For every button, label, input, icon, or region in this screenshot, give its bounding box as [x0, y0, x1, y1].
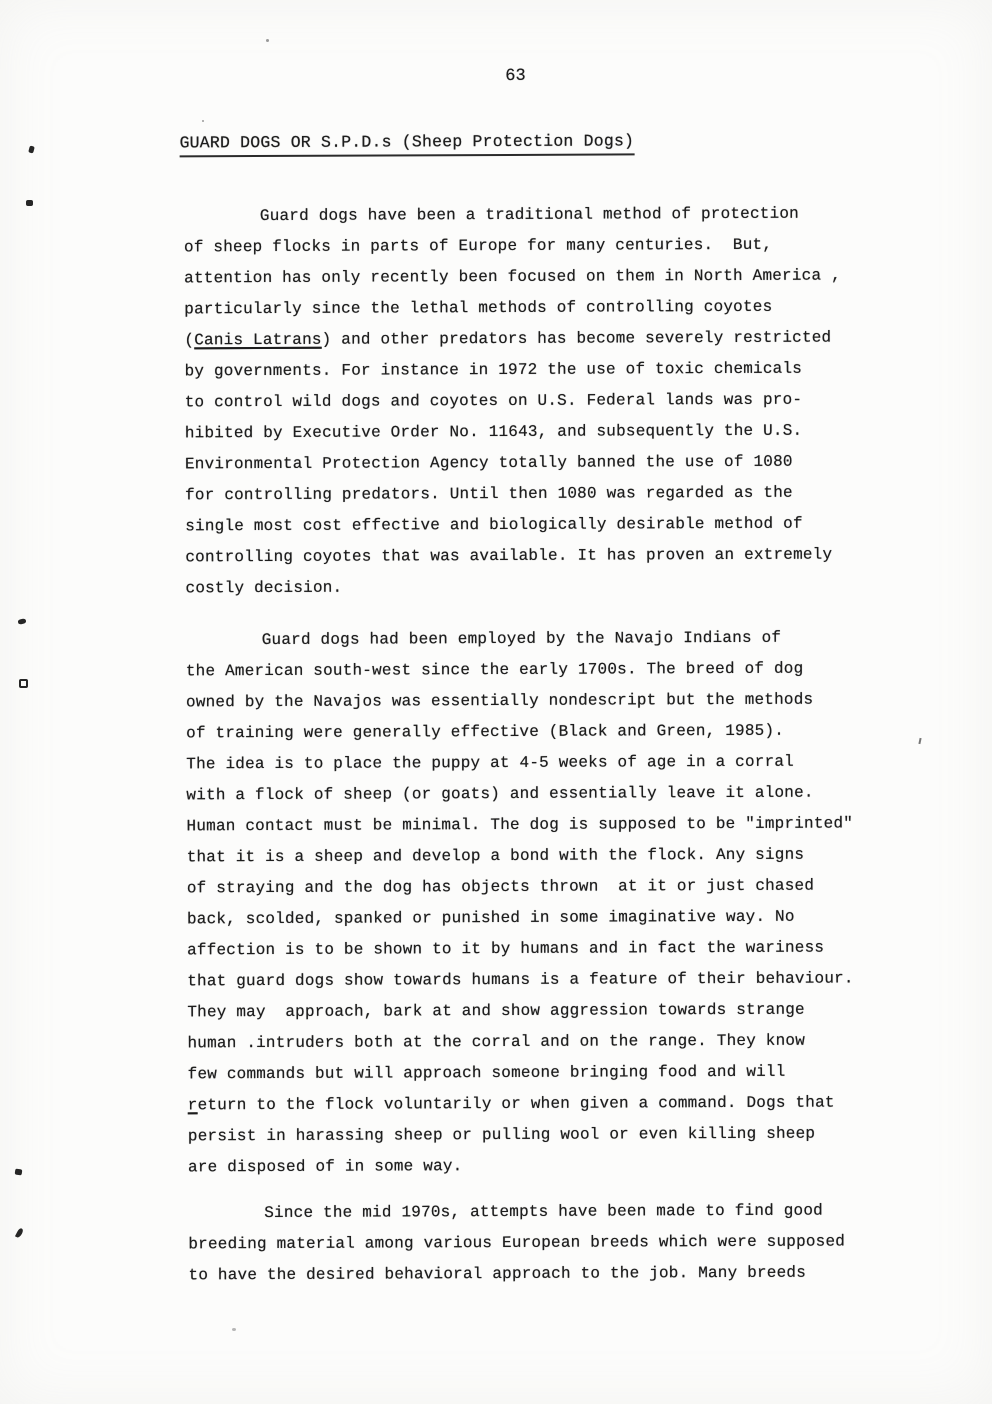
text-line: Environmental Protection Agency totally … [185, 446, 885, 480]
section-heading: GUARD DOGS OR S.P.D.s (Sheep Protection … [180, 128, 635, 156]
text-line: particularly since the lethal methods of… [184, 291, 884, 325]
pencil-mark [19, 679, 28, 688]
text-line: with a flock of sheep (or goats) and ess… [186, 777, 886, 811]
paragraph-guard-dogs-intro: Guard dogs have been a traditional metho… [184, 198, 886, 604]
text-line: Human contact must be minimal. The dog i… [186, 808, 886, 842]
paragraph-breeding-material: Since the mid 1970s, attempts have been … [188, 1195, 888, 1291]
text-line: to have the desired behavioral approach … [188, 1257, 888, 1291]
text-line: few commands but will approach someone b… [188, 1056, 888, 1090]
text-line: controlling coyotes that was available. … [185, 539, 885, 573]
text-line: hibited by Executive Order No. 11643, an… [185, 415, 885, 449]
text-line: by governments. For instance in 1972 the… [184, 353, 884, 387]
text-line: Since the mid 1970s, attempts have been … [188, 1195, 888, 1229]
text-line: are disposed of in some way. [188, 1149, 888, 1183]
text-segment: eturn to the flock voluntarily or when g… [198, 1094, 835, 1115]
text-line-canis-latrans: (Canis Latrans) and other predators has … [184, 322, 884, 356]
section-heading-text: GUARD DOGS OR S.P.D.s (Sheep Protection … [180, 131, 635, 157]
text-line: persist in harassing sheep or pulling wo… [188, 1118, 888, 1152]
text-segment: ) and other predators has become severel… [322, 329, 832, 349]
text-line: that guard dogs show towards humans is a… [187, 963, 887, 997]
text-line: They may approach, bark at and show aggr… [187, 994, 887, 1028]
text-line: back, scolded, spanked or punished in so… [187, 901, 887, 935]
text-line: Guard dogs have been a traditional metho… [184, 198, 884, 232]
text-line: affection is to be shown to it by humans… [187, 932, 887, 966]
text-segment: ( [184, 331, 194, 349]
underlined-letter: r [188, 1096, 198, 1114]
text-line: The idea is to place the puppy at 4-5 we… [186, 746, 886, 780]
page-number: 63 [505, 64, 526, 90]
text-line: costly decision. [185, 570, 885, 604]
text-line: of straying and the dog has objects thro… [187, 870, 887, 904]
text-line: Guard dogs had been employed by the Nava… [186, 622, 886, 656]
pencil-mark [15, 1169, 23, 1176]
underlined-species-name: Canis Latrans [194, 331, 321, 350]
text-line: human .intruders both at the corral and … [187, 1025, 887, 1059]
text-line: that it is a sheep and develop a bond wi… [187, 839, 887, 873]
text-line: to control wild dogs and coyotes on U.S.… [185, 384, 885, 418]
text-line: owned by the Navajos was essentially non… [186, 684, 886, 718]
text-line: of training were generally effective (Bl… [186, 715, 886, 749]
text-line: attention has only recently been focused… [184, 260, 884, 294]
page-content: 63 GUARD DOGS OR S.P.D.s (Sheep Protecti… [0, 0, 992, 1404]
text-line-return: return to the flock voluntarily or when … [188, 1087, 888, 1121]
text-line: breeding material among various European… [188, 1226, 888, 1260]
text-line: for controlling predators. Until then 10… [185, 477, 885, 511]
ink-speck [232, 1328, 236, 1331]
text-line: the American south-west since the early … [186, 653, 886, 687]
ink-speck [266, 39, 269, 42]
paragraph-navajo-training: Guard dogs had been employed by the Nava… [186, 622, 888, 1183]
text-line: single most cost effective and biologica… [185, 508, 885, 542]
pencil-mark [26, 200, 33, 206]
text-line: of sheep flocks in parts of Europe for m… [184, 229, 884, 263]
ink-speck [202, 120, 204, 122]
scanned-document-page: 63 GUARD DOGS OR S.P.D.s (Sheep Protecti… [0, 0, 992, 1404]
